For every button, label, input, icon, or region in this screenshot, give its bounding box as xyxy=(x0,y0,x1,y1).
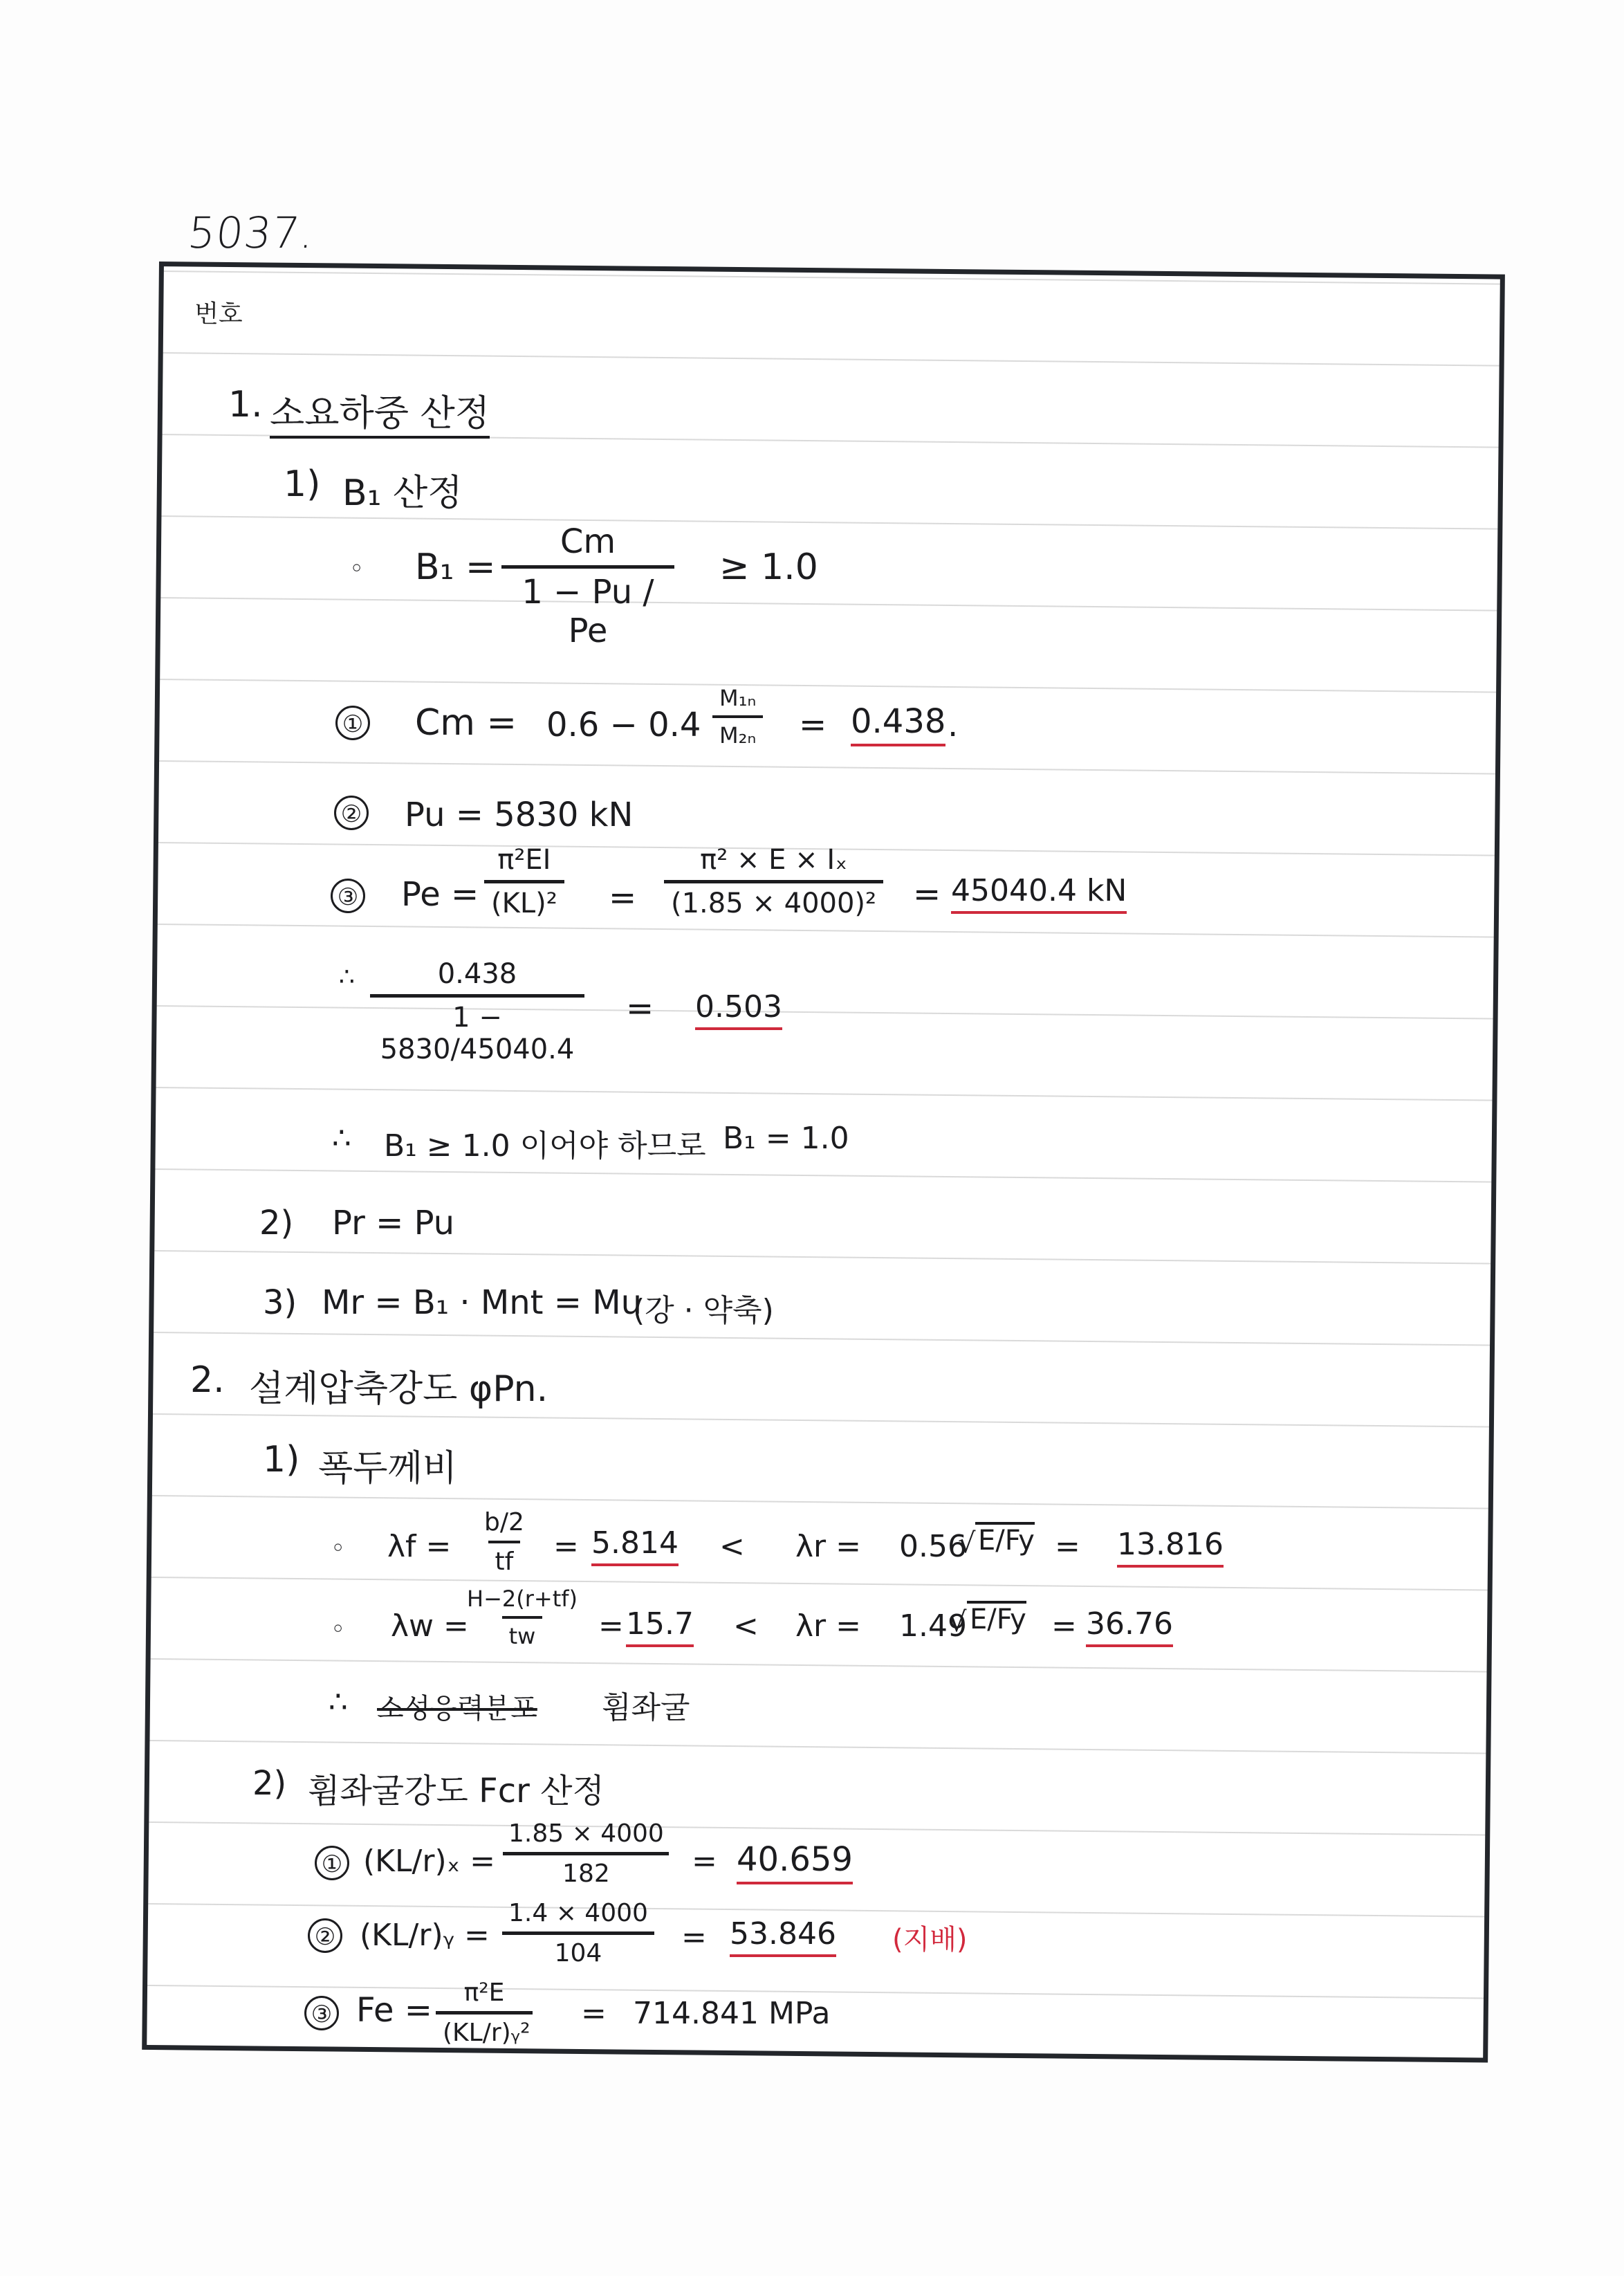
pe-eq-2: = xyxy=(913,875,941,914)
cm-ratio: M₁ₙ M₂ₙ xyxy=(712,685,763,749)
web-bullet-icon: ◦ xyxy=(331,1615,345,1644)
cm-eq: = xyxy=(799,706,827,744)
b1-numerator: Cm xyxy=(553,522,622,565)
lambda-rf-value: 13.816 xyxy=(1117,1527,1224,1568)
sub-1-1-title: B₁ 산정 xyxy=(342,464,463,515)
lambda-rw-value: 36.76 xyxy=(1086,1606,1173,1647)
klr-x-eq: = xyxy=(692,1844,717,1879)
section-1-number: 1. xyxy=(228,384,263,425)
pe-fraction-1: π²EI (KL)² xyxy=(484,844,564,919)
cm-lhs: Cm = xyxy=(415,702,517,744)
pe-lhs: Pe = xyxy=(401,875,479,914)
step-marker-3: ③ xyxy=(331,879,365,913)
b1-calc-fraction: 0.438 1 − 5830/45040.4 xyxy=(370,958,584,1065)
mr-equation: Mr = B₁ · Mnt = Mu xyxy=(322,1283,642,1322)
therefore-icon-2: ∴ xyxy=(329,1685,348,1720)
klr-y-lhs: (KL/r)ᵧ = xyxy=(360,1918,490,1953)
lambda-w-fraction: H−2(r+tf) tw xyxy=(460,1586,584,1649)
sqrt-icon-2: √ xyxy=(949,1606,967,1638)
lambda-f-fraction: b/2 tf xyxy=(477,1508,531,1576)
lambda-f-compare: < xyxy=(719,1529,745,1564)
lambda-rw-sqrt: E/Fy xyxy=(967,1601,1026,1635)
therefore-icon: ∴ xyxy=(332,1121,351,1156)
pe-fraction-2: π² × E × Iₓ (1.85 × 4000)² xyxy=(664,844,883,919)
struck-text: 소성응력분포 xyxy=(377,1687,537,1726)
lambda-f-lhs: λf = xyxy=(387,1529,451,1564)
sub-2-1-label: 1) xyxy=(263,1439,299,1480)
b1-lhs: B₁ = xyxy=(415,547,496,588)
klr-y-eq: = xyxy=(681,1920,707,1955)
klr-x-lhs: (KL/r)ₓ = xyxy=(363,1844,495,1879)
klr-x-fraction: 1.85 × 4000 182 xyxy=(501,1819,671,1888)
lambda-w-lhs: λw = xyxy=(391,1608,469,1644)
axis-note: (강 · 약축) xyxy=(633,1285,774,1330)
pe-eq-1: = xyxy=(609,879,636,917)
sub-2-1-title: 폭두께비 xyxy=(318,1439,457,1491)
lambda-rw-eq: = xyxy=(1051,1608,1077,1644)
lambda-f-eq: = xyxy=(553,1529,579,1564)
sub-1-3-label: 3) xyxy=(263,1283,297,1322)
klr-y-fraction: 1.4 × 4000 104 xyxy=(501,1899,655,1967)
b1-calc-result: 0.503 xyxy=(695,989,782,1030)
flange-bullet-icon: ◦ xyxy=(331,1534,345,1563)
lambda-w-compare: < xyxy=(733,1608,759,1644)
klr-x-result: 40.659 xyxy=(737,1840,853,1884)
buckling-mode: 휨좌굴 xyxy=(602,1682,690,1727)
step-marker-2: ② xyxy=(334,796,369,830)
section-2-number: 2. xyxy=(190,1359,225,1401)
section-2-heading: 설계압축강도 φPn. xyxy=(249,1359,548,1411)
step-marker-2-2: ② xyxy=(308,1918,342,1953)
problem-number: 5037. xyxy=(185,208,317,258)
b1-final: B₁ = 1.0 xyxy=(723,1121,849,1156)
step-marker-2-3: ③ xyxy=(304,1996,339,2030)
lambda-w-value: 15.7 xyxy=(626,1606,694,1647)
governing-note: (지배) xyxy=(892,1918,968,1957)
b1-fraction: Cm 1 − Pu / Pe xyxy=(501,522,674,650)
lambda-rf-sqrt: E/Fy xyxy=(975,1522,1035,1557)
sub-1-1-label: 1) xyxy=(284,464,320,505)
sub-2-2-title: 휨좌굴강도 Fcr 산정 xyxy=(308,1764,605,1812)
sqrt-icon: √ xyxy=(958,1527,976,1559)
lambda-f-value: 5.814 xyxy=(591,1525,679,1566)
pu-value: Pu = 5830 kN xyxy=(405,796,633,834)
step-marker-2-1: ① xyxy=(315,1846,349,1880)
b1-condition: ≥ 1.0 xyxy=(719,547,818,588)
pe-result: 45040.4 kN xyxy=(951,873,1127,914)
calc-bullet-icon: ∴ xyxy=(339,963,355,991)
sub-2-2-label: 2) xyxy=(252,1764,286,1803)
fe-result: 714.841 MPa xyxy=(633,1996,830,2031)
b1-denominator: 1 − Pu / Pe xyxy=(501,565,674,650)
pr-equation: Pr = Pu xyxy=(332,1204,454,1242)
b1-conclusion-text: B₁ ≥ 1.0 이어야 하므로 xyxy=(384,1121,706,1165)
lambda-rf-lhs: λr = xyxy=(795,1529,861,1564)
lambda-rf-eq: = xyxy=(1055,1529,1080,1564)
cm-result: 0.438 xyxy=(851,702,945,746)
b1-calc-eq: = xyxy=(626,989,654,1028)
lambda-rf-coef: 0.56 xyxy=(899,1529,967,1564)
lambda-w-eq: = xyxy=(598,1608,624,1644)
step-marker-1: ① xyxy=(335,706,370,740)
bullet-icon: ◦ xyxy=(349,555,364,583)
frame-label: 번호 xyxy=(194,294,243,330)
fe-lhs: Fe = xyxy=(356,1991,432,2030)
fe-eq: = xyxy=(581,1996,607,2031)
fe-fraction: π²E (KL/r)ᵧ² xyxy=(436,1979,533,2047)
section-1-heading: 소요하중 산정 xyxy=(270,384,490,439)
cm-expr: 0.6 − 0.4 xyxy=(546,706,701,744)
lambda-rw-lhs: λr = xyxy=(795,1608,861,1644)
klr-y-result: 53.846 xyxy=(730,1916,836,1957)
sub-1-2-label: 2) xyxy=(259,1204,293,1242)
cm-trail: . xyxy=(948,706,958,744)
